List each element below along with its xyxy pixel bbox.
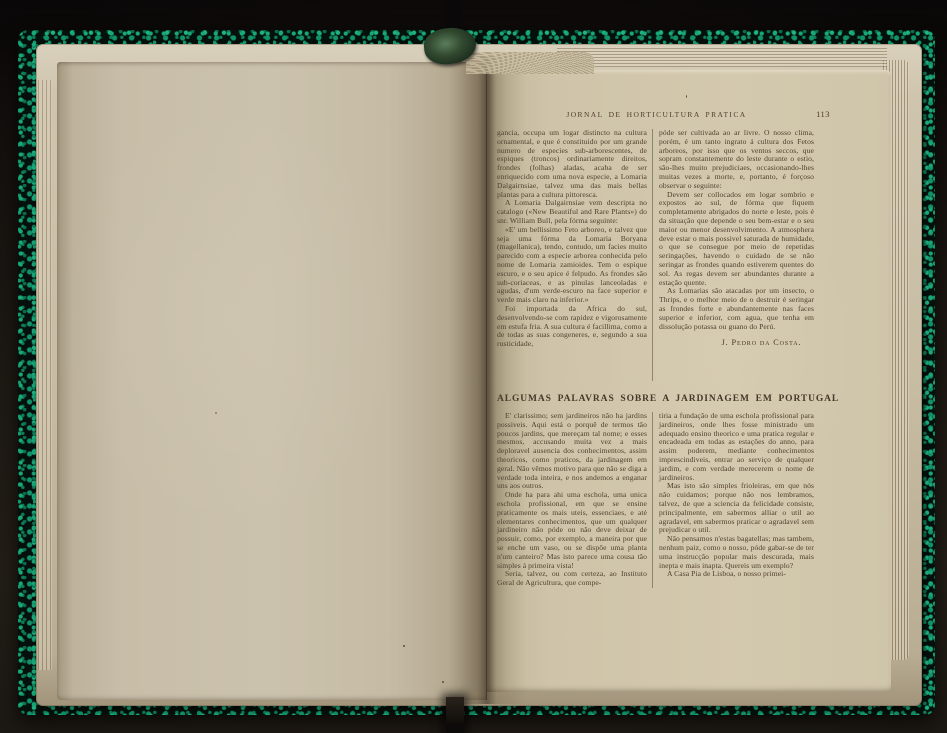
paragraph: A Casa Pia de Lisboa, o nosso primei- <box>659 570 814 579</box>
paragraph: As Lomarias são atacadas por um insecto,… <box>659 287 814 331</box>
article-continued: gancia, occupa um logar distincto na cul… <box>497 129 816 381</box>
paragraph: Mas isto são simples frioleiras, em que … <box>659 482 814 535</box>
paper-speck <box>403 645 405 647</box>
paper-speck <box>442 681 444 683</box>
paragraph: Devem ser collocados em logar sombrio e … <box>659 191 814 288</box>
right-page-content: JORNAL DE HORTICULTURA PRATICA 113 ganci… <box>497 110 831 588</box>
left-page-blank <box>57 62 487 700</box>
author-signature: J. Pedro da Costa. <box>659 339 814 348</box>
paragraph: Foi importada da Africa do sul, desenvol… <box>497 305 647 349</box>
article-new-column-right: tiria a fundação de uma eschola profissi… <box>652 412 814 588</box>
paragraph: E' clarissimo; sem jardineiros não ha ja… <box>497 412 647 491</box>
leaf-curves-at-spine <box>466 52 594 74</box>
paragraph: Seria, talvez, ou com certeza, ao Instit… <box>497 570 647 588</box>
right-page: JORNAL DE HORTICULTURA PRATICA 113 ganci… <box>487 70 891 692</box>
spine-bottom <box>446 697 464 733</box>
fore-edge-striations-top <box>557 47 887 67</box>
paragraph: «E' um bellissimo Feto arboreo, e talvez… <box>497 226 647 305</box>
photo-backdrop: JORNAL DE HORTICULTURA PRATICA 113 ganci… <box>0 0 947 733</box>
paragraph: póde ser cultivada ao ar livre. O nosso … <box>659 129 814 191</box>
paragraph: tiria a fundação de uma eschola profissi… <box>659 412 814 482</box>
running-head: JORNAL DE HORTICULTURA PRATICA 113 <box>497 110 816 122</box>
gutter-fold-line <box>486 66 487 700</box>
article-continued-column-right: póde ser cultivada ao ar livre. O nosso … <box>652 129 814 381</box>
paper-speck <box>686 95 687 98</box>
paragraph: Onde ha para ahi uma eschola, uma unica … <box>497 491 647 570</box>
page-number: 113 <box>816 109 830 119</box>
fore-edge-striations-left <box>38 80 52 670</box>
journal-title: JORNAL DE HORTICULTURA PRATICA <box>497 110 816 119</box>
paragraph: A Lomaria Dalgairnsiae vem descripta no … <box>497 199 647 225</box>
article-continued-column-left: gancia, occupa um logar distincto na cul… <box>497 129 647 381</box>
article-new-column-left: E' clarissimo; sem jardineiros não ha ja… <box>497 412 647 588</box>
paragraph: Não pensamos n'estas bagatellas; mas tam… <box>659 535 814 570</box>
paragraph: gancia, occupa um logar distincto na cul… <box>497 129 647 199</box>
paper-speck <box>215 412 217 414</box>
article-new: E' clarissimo; sem jardineiros não ha ja… <box>497 412 816 588</box>
article-title: ALGUMAS PALAVRAS SOBRE A JARDINAGEM EM P… <box>497 394 816 404</box>
